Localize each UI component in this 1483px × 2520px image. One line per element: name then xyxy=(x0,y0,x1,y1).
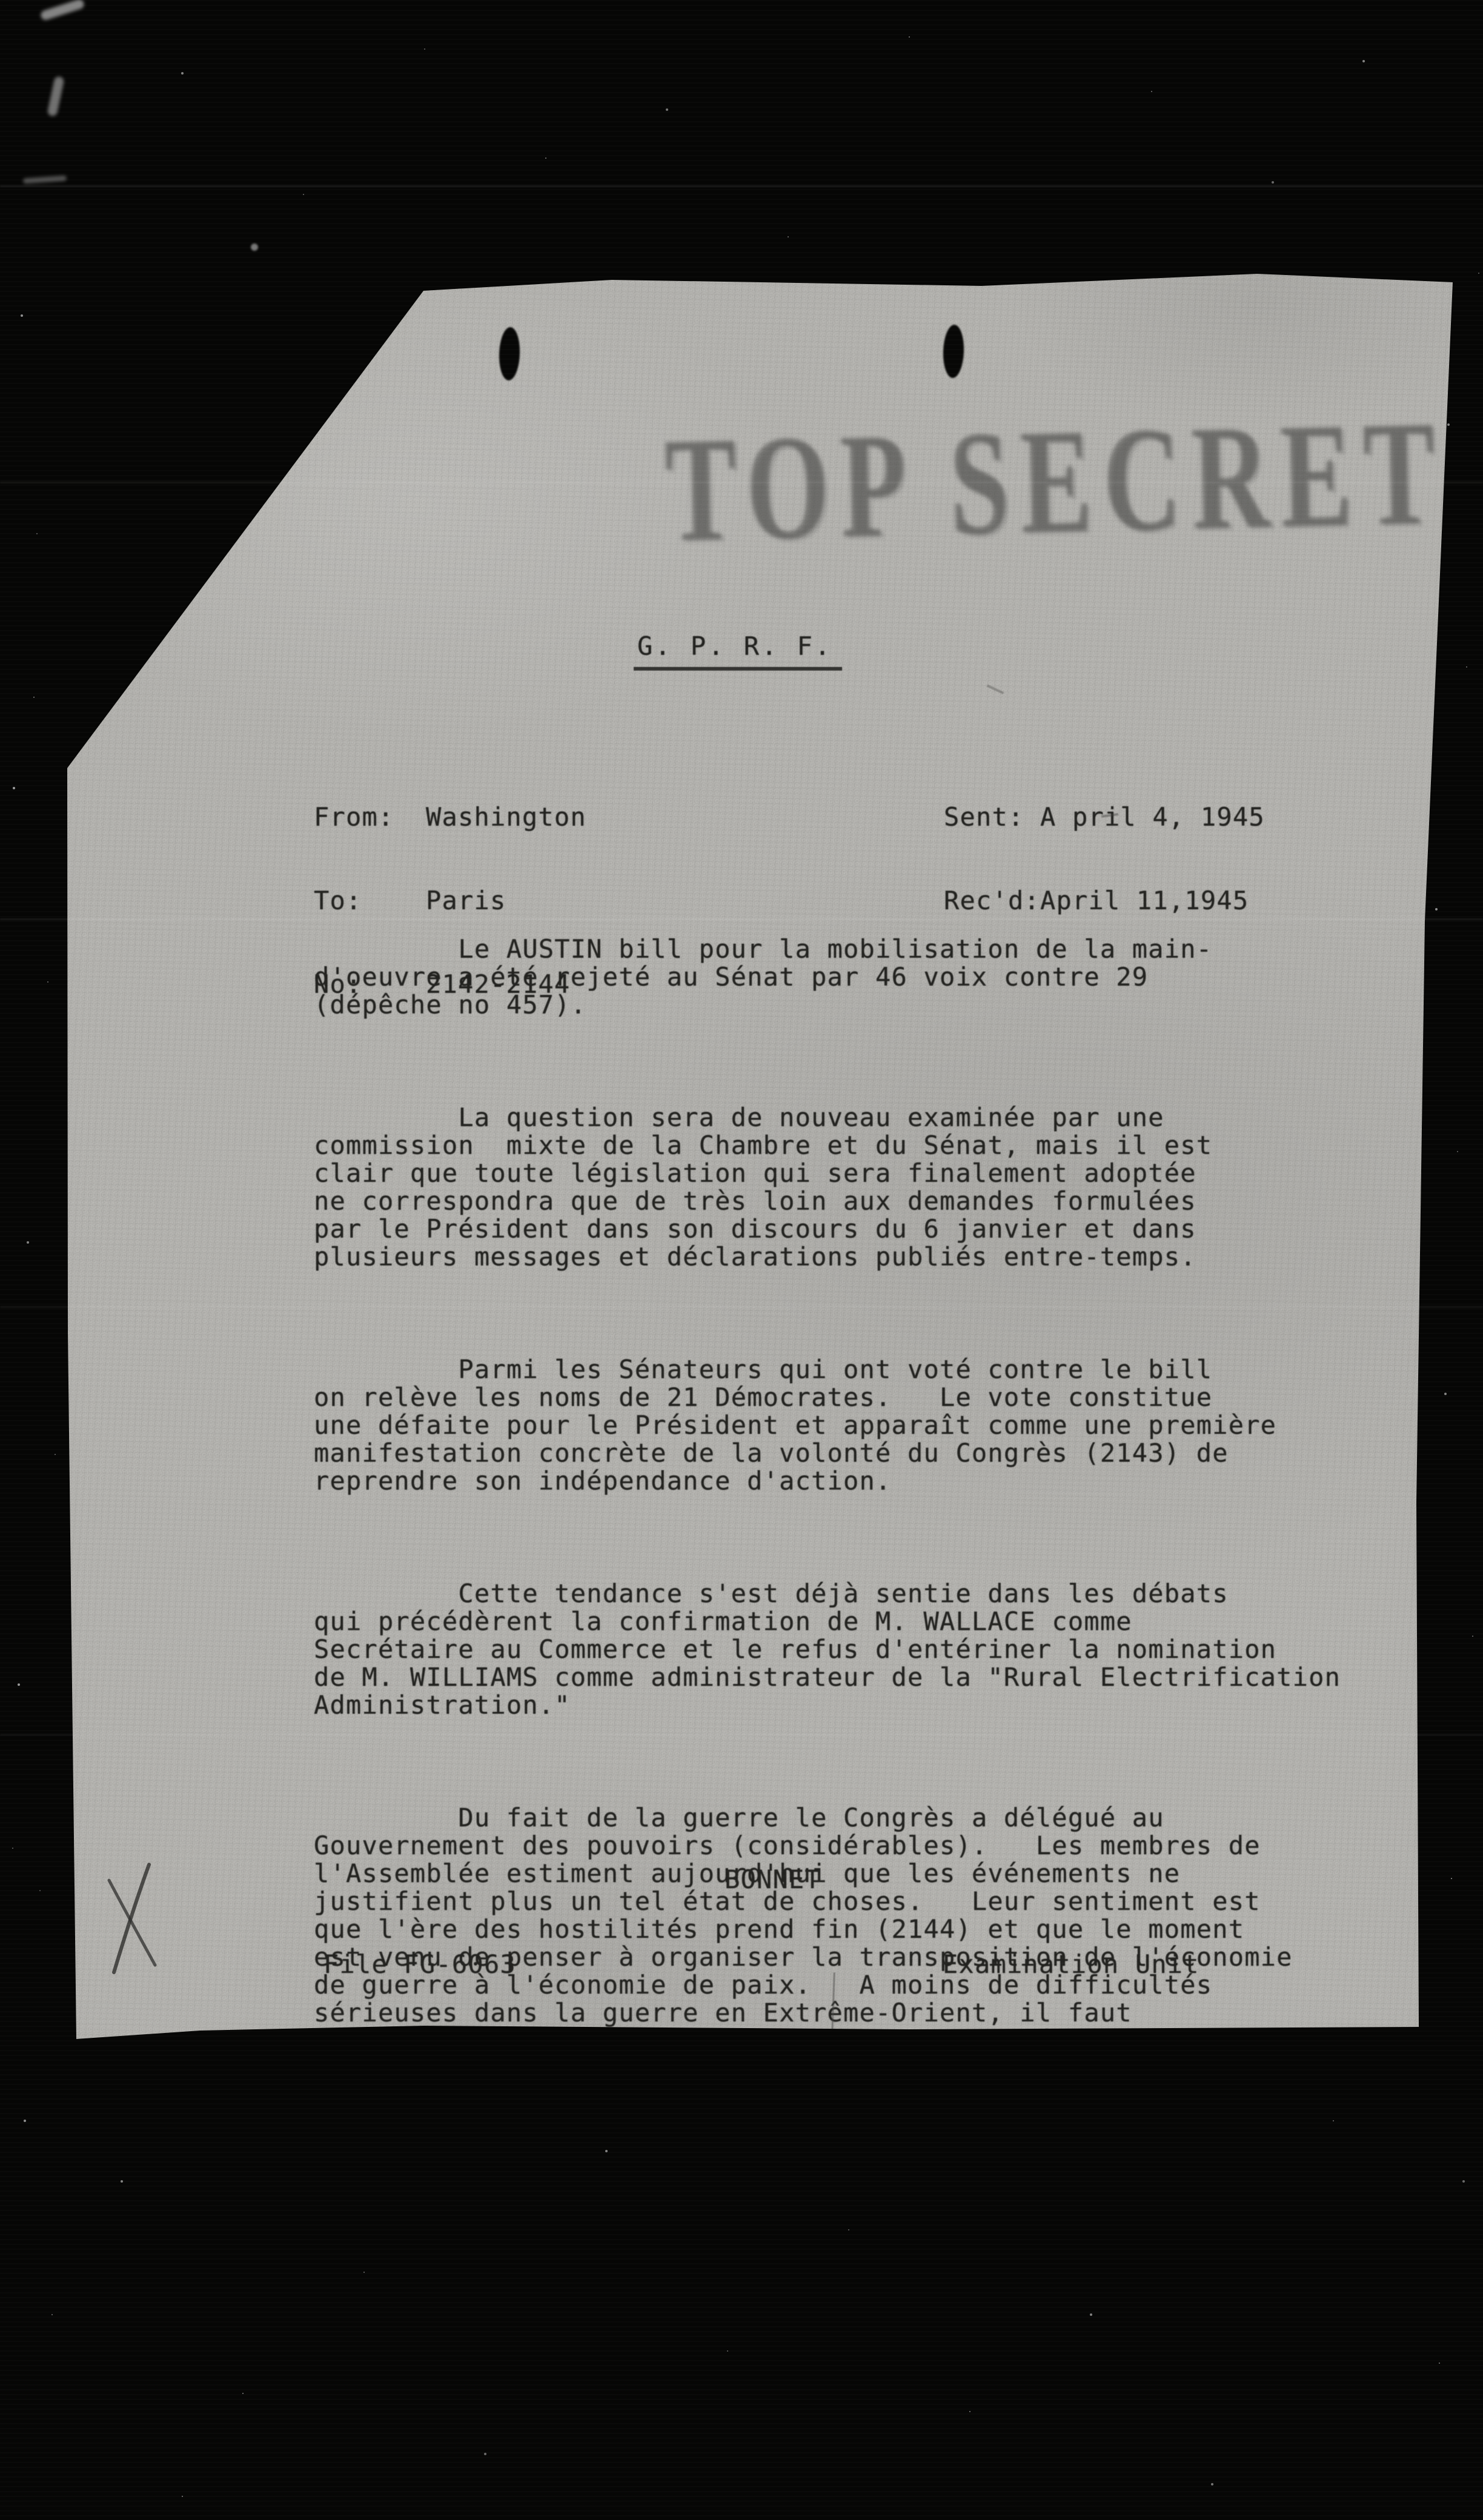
sent-label: Sent: xyxy=(944,803,1040,831)
paragraph-2: La question sera de nouveau examinée par… xyxy=(314,1104,1368,1271)
processing-date: April 13, 1945 xyxy=(943,2118,1344,2146)
scan-streak xyxy=(0,185,1483,187)
handwritten-x-mark xyxy=(102,1861,181,1976)
signature-name: BONNET xyxy=(725,1866,821,1894)
film-scratch-mark xyxy=(23,175,67,184)
sent-value: A pril 4, 1945 xyxy=(1040,802,1265,832)
scanned-document-page: TOP SECRET G. P. R. F. From:Washington T… xyxy=(0,0,1483,2520)
unit-name: Examination Unit xyxy=(943,1951,1344,1978)
document-heading: G. P. R. F. xyxy=(634,631,842,671)
top-secret-stamp: TOP SECRET xyxy=(663,387,1448,576)
from-value: Washington xyxy=(426,802,586,832)
film-scratch-mark xyxy=(47,76,64,117)
from-row: From:Washington xyxy=(314,803,586,831)
paper-sheet: TOP SECRET G. P. R. F. From:Washington T… xyxy=(0,0,1483,2520)
organization-name: National Research Council xyxy=(943,2034,1344,2062)
file-number: File FG-6063 xyxy=(323,1951,516,1978)
film-dust-speckles xyxy=(0,0,1,1)
typed-content-layer: TOP SECRET G. P. R. F. From:Washington T… xyxy=(0,0,1483,2520)
paragraph-1: Le AUSTIN bill pour la mobilisation de l… xyxy=(314,935,1368,1019)
paragraph-4: Cette tendance s'est déjà sentie dans le… xyxy=(314,1580,1368,1719)
examination-unit-block: Examination Unit National Research Counc… xyxy=(943,1895,1344,2201)
paragraph-3: Parmi les Sénateurs qui ont voté contre … xyxy=(314,1356,1368,1495)
from-label: From: xyxy=(314,803,426,831)
film-dust-dot xyxy=(251,244,258,251)
film-scratch-mark xyxy=(39,0,85,21)
